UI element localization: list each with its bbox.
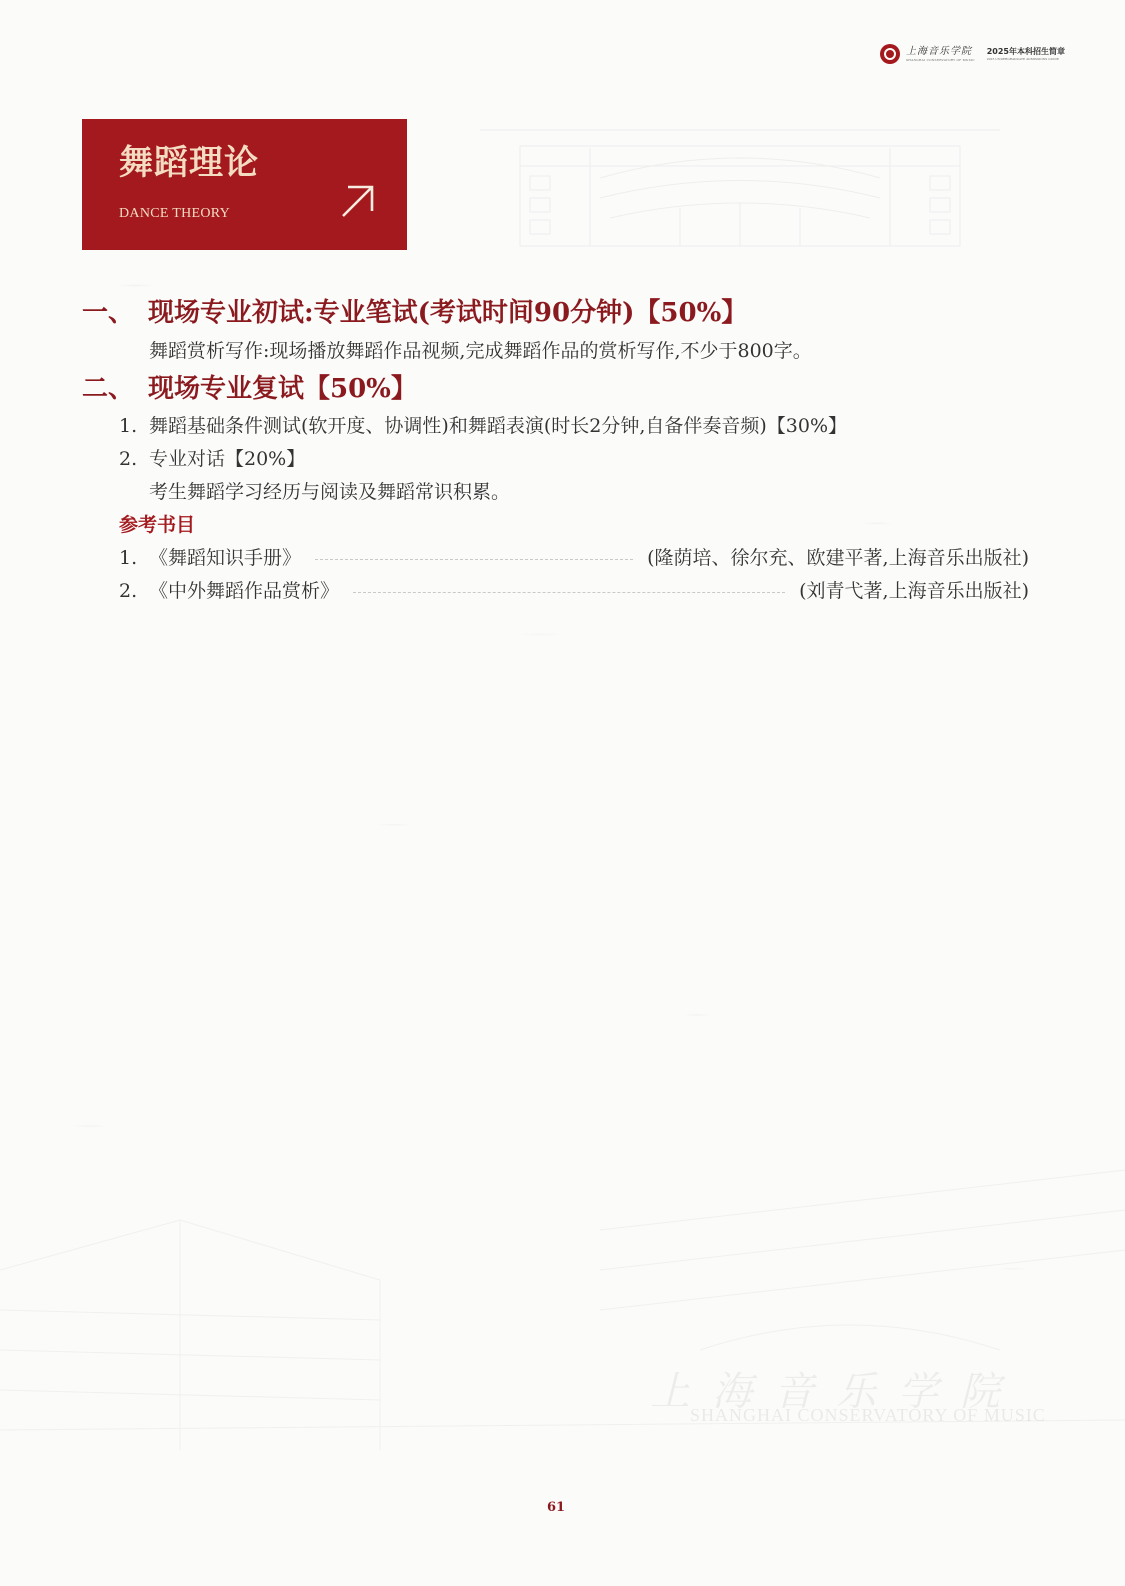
arrow-up-right-icon — [340, 183, 376, 219]
title-cn: 舞蹈理论 — [119, 146, 259, 180]
page-number: 61 — [0, 1500, 1112, 1515]
section-heading-2: 二、 现场专业复试【50%】 — [82, 368, 1032, 410]
brochure-en: 2025 UNDERGRADUATE ADMISSIONS GUIDE — [987, 58, 1065, 61]
item-number: 1. — [119, 410, 149, 443]
book-title: 《舞蹈知识手册》 — [149, 542, 301, 575]
item-number: 2. — [119, 575, 149, 608]
section-heading-1: 一、 现场专业初试:专业笔试(考试时间90分钟)【50%】 — [82, 292, 1032, 334]
section-title-box: 舞蹈理论 DANCE THEORY — [82, 119, 407, 250]
item-sub-description: 考生舞蹈学习经历与阅读及舞蹈常识积累。 — [82, 476, 1032, 509]
item-number: 1. — [119, 542, 149, 575]
section-heading-text: 现场专业初试:专业笔试(考试时间90分钟)【50%】 — [148, 292, 747, 334]
section-number: 二、 — [82, 368, 148, 410]
book-author: (刘青弋著,上海音乐出版社) — [799, 575, 1029, 608]
logo-en: SHANGHAI CONSERVATORY OF MUSIC — [906, 59, 975, 62]
list-item: 1.舞蹈基础条件测试(软开度、协调性)和舞蹈表演(时长2分钟,自备伴奏音频)【3… — [82, 410, 1032, 443]
reference-item: 2. 《中外舞蹈作品赏析》 (刘青弋著,上海音乐出版社) — [82, 575, 1029, 608]
brochure-title: 2025年本科招生简章 2025 UNDERGRADUATE ADMISSION… — [987, 48, 1065, 61]
watermark-en: SHANGHAI CONSERVATORY OF MUSIC — [690, 1405, 1046, 1426]
item-text: 舞蹈基础条件测试(软开度、协调性)和舞蹈表演(时长2分钟,自备伴奏音频)【30%… — [149, 415, 847, 437]
item-number: 2. — [119, 443, 149, 476]
school-seal-icon — [880, 44, 900, 64]
book-title: 《中外舞蹈作品赏析》 — [149, 575, 339, 608]
book-author: (隆荫培、徐尔充、欧建平著,上海音乐出版社) — [647, 542, 1029, 575]
section-number: 一、 — [82, 292, 148, 334]
main-content: 一、 现场专业初试:专业笔试(考试时间90分钟)【50%】 舞蹈赏析写作:现场播… — [82, 292, 1032, 608]
title-en: DANCE THEORY — [119, 206, 230, 222]
list-item: 2.专业对话【20%】 — [82, 443, 1032, 476]
building-sketch-top — [480, 118, 1000, 248]
school-logo: 上海音乐学院 SHANGHAI CONSERVATORY OF MUSIC — [906, 47, 975, 62]
section-description: 舞蹈赏析写作:现场播放舞蹈作品视频,完成舞蹈作品的赏析写作,不少于800字。 — [82, 334, 1032, 368]
references-heading: 参考书目 — [82, 509, 1032, 542]
dotted-leader — [315, 559, 633, 560]
section-heading-text: 现场专业复试【50%】 — [148, 368, 417, 410]
dotted-leader — [353, 592, 785, 593]
page-header: 上海音乐学院 SHANGHAI CONSERVATORY OF MUSIC 20… — [880, 44, 1065, 64]
reference-item: 1. 《舞蹈知识手册》 (隆荫培、徐尔充、欧建平著,上海音乐出版社) — [82, 542, 1029, 575]
brochure-cn: 2025年本科招生简章 — [987, 48, 1065, 56]
item-text: 专业对话【20%】 — [149, 448, 305, 470]
logo-cn: 上海音乐学院 — [906, 47, 975, 57]
